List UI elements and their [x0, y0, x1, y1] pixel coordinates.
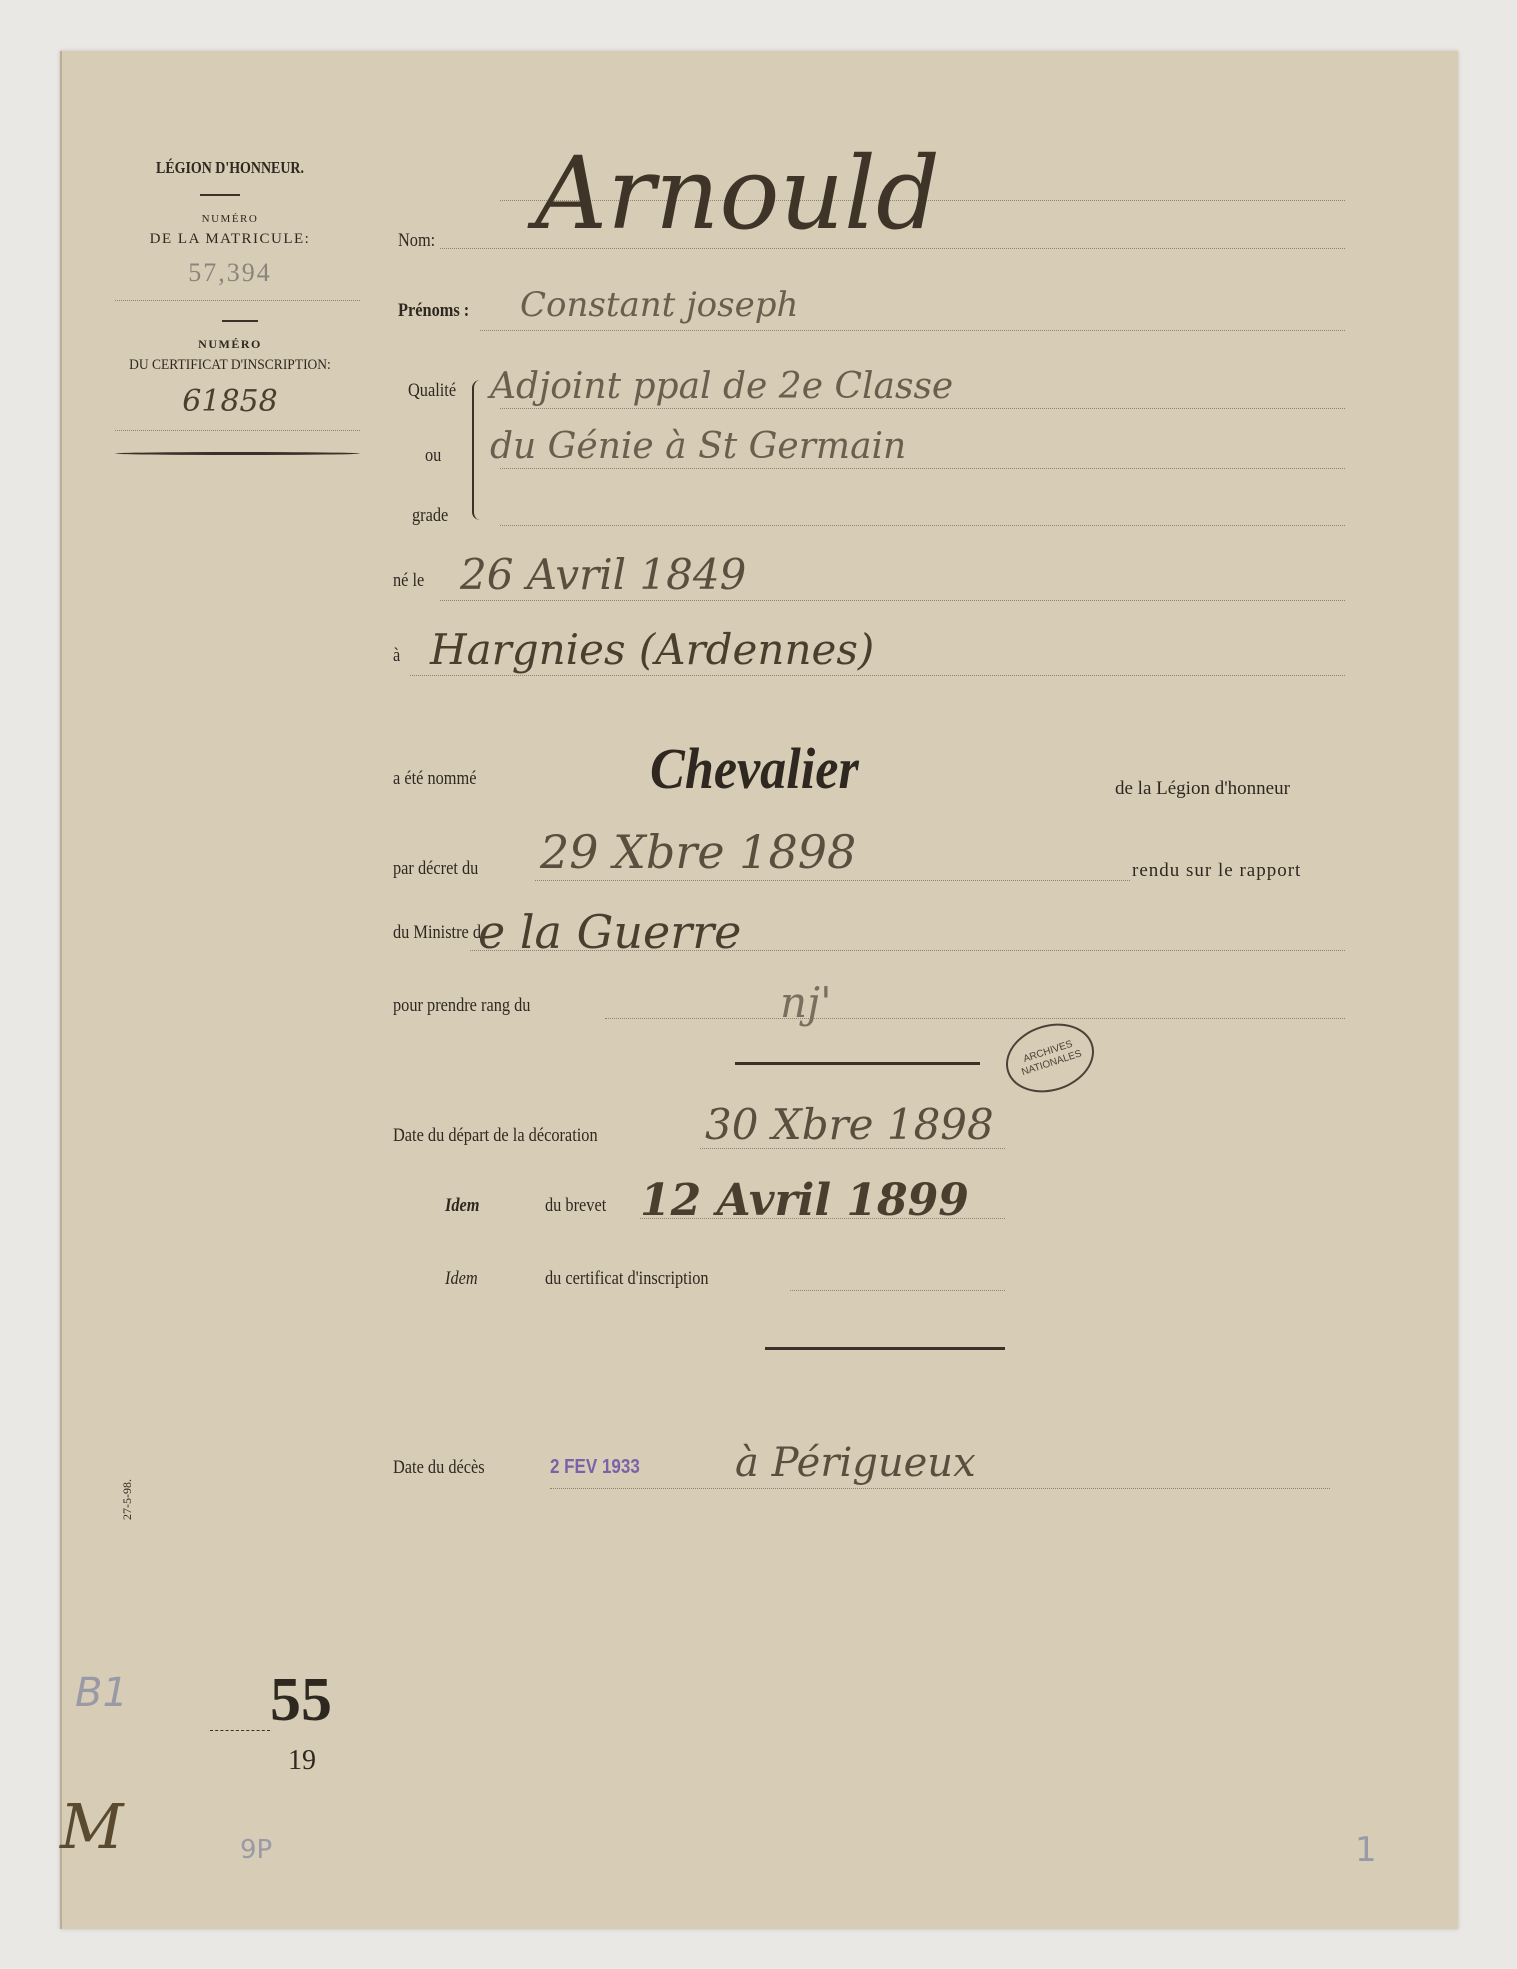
- qualite-ou-label: ou: [425, 445, 441, 467]
- ne-le-label: né le: [393, 570, 424, 592]
- header-divider: [200, 194, 240, 196]
- sidebar-end-rule: [115, 452, 360, 455]
- decret-label: par décret du: [393, 858, 478, 880]
- qualite-value-1: Adjoint ppal de 2e Classe: [490, 366, 953, 407]
- ne-le-value: 26 Avril 1849: [460, 550, 746, 599]
- lieu-label: à: [393, 645, 400, 667]
- section-divider-2: [765, 1347, 1005, 1350]
- qualite-grade-label: grade: [412, 505, 448, 527]
- nom-label: Nom:: [398, 230, 435, 252]
- prenoms-label: Prénoms :: [398, 300, 469, 322]
- pencil-mark-left: B1: [75, 1670, 128, 1716]
- brevet-idem: Idem: [445, 1195, 479, 1217]
- lieu-line: [410, 675, 1345, 676]
- lieu-value: Hargnies (Ardennes): [430, 625, 874, 674]
- brevet-value: 12 Avril 1899: [640, 1175, 969, 1226]
- certificat-idem: Idem: [445, 1268, 478, 1290]
- qualite-value-2: du Génie à St Germain: [490, 426, 906, 467]
- print-date: 27-5-98.: [120, 1479, 135, 1520]
- depart-value: 30 Xbre 1898: [705, 1100, 994, 1149]
- depart-label: Date du départ de la décoration: [393, 1125, 598, 1147]
- matricule-label-2: DE LA MATRICULE:: [110, 231, 350, 248]
- deces-label: Date du décès: [393, 1457, 485, 1479]
- certificat-dotted-line: [115, 430, 360, 431]
- prenoms-value: Constant joseph: [520, 285, 798, 325]
- certificat-inscription-line: [790, 1290, 1005, 1291]
- matricule-label-1: NUMÉRO: [110, 213, 350, 225]
- brevet-label: du brevet: [545, 1195, 606, 1217]
- rank-title: Chevalier: [650, 735, 859, 802]
- document-page: [60, 51, 1458, 1929]
- deces-line: [550, 1488, 1330, 1489]
- decret-line: [535, 880, 1130, 881]
- deces-date-stamp: 2 FEV 1933: [550, 1456, 640, 1479]
- certificat-label-1: NUMÉRO: [110, 337, 350, 352]
- box-number: 55: [270, 1665, 332, 1736]
- decret-suffix: rendu sur le rapport: [1132, 860, 1301, 882]
- qualite-label: Qualité: [408, 380, 456, 402]
- qualite-line-1: [500, 408, 1345, 409]
- box-number-dash: [210, 1730, 270, 1731]
- qualite-brace: [472, 380, 484, 520]
- ne-le-line: [440, 600, 1345, 601]
- rang-label: pour prendre rang du: [393, 995, 530, 1017]
- pencil-mark-bottom: 9P: [240, 1835, 272, 1865]
- certificat-value: 61858: [110, 384, 350, 419]
- nomme-label: a été nommé: [393, 768, 476, 790]
- ministre-label: du Ministre d: [393, 922, 481, 944]
- nomme-suffix: de la Légion d'honneur: [1115, 778, 1290, 800]
- certificat-inscription-label: du certificat d'inscription: [545, 1268, 709, 1290]
- qualite-line-2: [500, 468, 1345, 469]
- legion-header: LÉGION D'HONNEUR.: [132, 158, 329, 178]
- initials-mark: M: [60, 1790, 123, 1863]
- matricule-divider: [222, 320, 258, 322]
- deces-place: à Périgueux: [735, 1440, 976, 1486]
- nom-value: Arnould: [535, 135, 940, 252]
- qualite-line-3: [500, 525, 1345, 526]
- section-divider-1: [735, 1062, 980, 1065]
- rang-line: [605, 1018, 1345, 1019]
- rang-value: nj': [780, 978, 832, 1027]
- matricule-value: 57,394: [110, 258, 350, 288]
- certificat-label-2: DU CERTIFICAT D'INSCRIPTION:: [113, 357, 347, 374]
- decret-value: 29 Xbre 1898: [540, 825, 856, 879]
- page-number: 1: [1355, 1830, 1377, 1870]
- matricule-dotted-line: [115, 300, 360, 301]
- ministre-value: e la Guerre: [478, 905, 741, 959]
- prenoms-line: [480, 330, 1345, 331]
- box-sub-number: 19: [288, 1745, 316, 1777]
